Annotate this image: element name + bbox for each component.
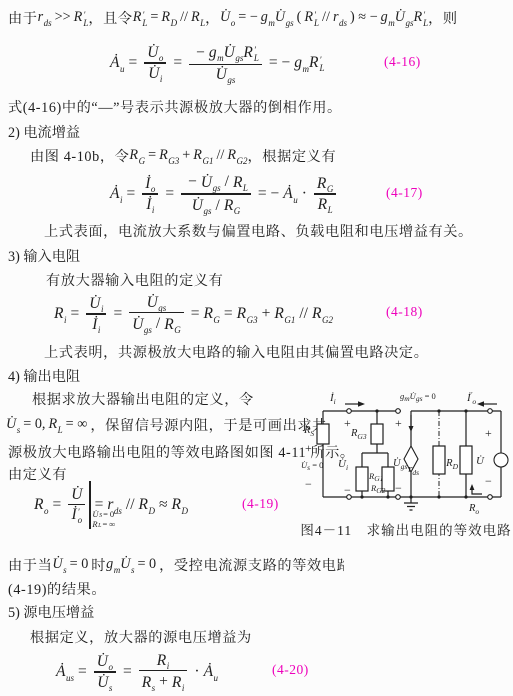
- math-var: Ȧu: [283, 186, 297, 202]
- math-var: İ′o: [71, 507, 82, 523]
- plus-sign-source: +: [305, 441, 312, 455]
- text-run: 由图 4-10b，令: [30, 146, 129, 166]
- math-var: Ri: [157, 653, 169, 669]
- math-var: RG2: [312, 306, 333, 322]
- equation-number-4-16: (4-16): [384, 54, 421, 70]
- math-operator: =: [78, 663, 87, 681]
- test-voltage-source: [494, 453, 508, 467]
- label-rd: RD: [445, 458, 458, 471]
- resistor-rg3: [371, 424, 383, 444]
- math-var: U̇gs: [132, 317, 152, 333]
- math-operator: =: [123, 663, 132, 681]
- math-var: R′L: [243, 45, 258, 61]
- math-operator: =: [128, 54, 137, 72]
- math-operator: =: [113, 305, 122, 323]
- math-operator: = 0: [70, 556, 89, 573]
- math-operator: =: [70, 305, 79, 323]
- math-operator: =: [150, 9, 158, 26]
- math-operator: = −: [269, 54, 290, 72]
- math-var: U̇s: [97, 675, 112, 691]
- math-var: RG: [203, 306, 219, 322]
- text-run: 根据求放大器输出电阻的定义，令: [32, 389, 254, 409]
- body-line-input-note: 上式表明，共源极放大电路的输入电阻由其偏置电路决定。: [44, 341, 428, 362]
- math-var: RG3: [237, 306, 258, 322]
- math-var: U̇s: [52, 557, 66, 571]
- math-var: Ri: [54, 306, 66, 322]
- resistor-rg1: [356, 467, 368, 491]
- math-operator: ·: [194, 663, 199, 681]
- math-operator: = −: [238, 9, 258, 26]
- section-heading-output-resistance: 4) 输出电阻: [8, 365, 80, 386]
- math-var: RG3: [159, 148, 179, 162]
- math-var: U̇gs: [395, 10, 414, 24]
- math-operator: −: [196, 44, 205, 62]
- evaluated-at-conditions: U̇S=0RL=∞: [89, 481, 90, 529]
- resistor-rds: [433, 446, 445, 474]
- math-var: U̇i: [148, 66, 162, 82]
- math-var: Rs: [142, 675, 155, 691]
- label-ro: Ro: [468, 503, 479, 516]
- math-var: RG: [164, 317, 180, 333]
- text-run: 上式表明，共源极放大电路的输入电阻由其偏置电路决定。: [44, 342, 428, 362]
- math-operator: ≈: [159, 496, 168, 514]
- math-operator: =: [102, 520, 107, 530]
- plus-sign-input: +: [344, 416, 351, 430]
- paragraph-output-line1: 根据求放大器输出电阻的定义，令: [32, 388, 254, 409]
- fraction: −gmU̇gsR′LU̇gs: [189, 44, 262, 83]
- math-operator: +: [159, 673, 168, 691]
- input-current-arrow: [345, 401, 365, 407]
- paragraph-output-line2: U̇s= 0,RL= ∞，保留信号源内阻，于是可画出求共: [6, 414, 327, 435]
- text-run: 上式表面，电流放大系数与偏置电路、负载电阻和电压增益有关。: [44, 221, 473, 241]
- label-ui: U̇i: [338, 458, 348, 472]
- fraction: −U̇gs/RLU̇gs/RG: [181, 173, 251, 214]
- math-var: R′L: [133, 10, 148, 26]
- text-run: ，则: [428, 8, 458, 28]
- math-var: RD: [139, 497, 155, 513]
- text-run: ，根据定义有: [248, 146, 337, 166]
- equation-number-4-17: (4-17): [386, 185, 423, 201]
- equation-number-4-20: (4-20): [272, 662, 309, 678]
- math-var: RG: [129, 148, 145, 162]
- text-run: 根据定义，放大器的源电压增益为: [30, 627, 252, 647]
- math-var: R′L: [304, 10, 319, 26]
- textbook-page: 由于rds>>R′L，且令R′L=RD//RL，U̇o= −gmU̇gs(R′L…: [0, 0, 513, 696]
- text-run: 由于: [8, 8, 38, 28]
- math-var: Ȧu: [110, 55, 124, 71]
- math-var: U̇gs: [201, 175, 221, 191]
- equation-number-4-18: (4-18): [386, 304, 423, 320]
- text-run: ，且令: [88, 8, 132, 28]
- text-run: 时: [91, 555, 106, 575]
- text-run: ，受控电流源支路的等效电: [159, 555, 336, 575]
- math-var: RG1: [274, 306, 295, 322]
- fraction: RGRL: [314, 176, 336, 212]
- math-operator: −: [188, 173, 197, 191]
- label-rs: RS: [303, 425, 314, 438]
- math-var: RG1: [193, 148, 213, 162]
- equation-4-19: Ro=U̇İ′oU̇S=0RL=∞=rds//RD≈RD: [34, 477, 188, 533]
- math-var: U̇gs: [192, 198, 212, 214]
- equation-4-17: Ȧi=İoİi=−U̇gs/RLU̇gs/RG= −Ȧu·RGRL: [110, 167, 339, 221]
- math-operator: = 0: [137, 556, 156, 573]
- math-var: R′L: [413, 10, 428, 26]
- output-resistance-equivalent-circuit: İi RS + U̇s = 0 − + U̇i − RG3 RG1 RG2 +…: [301, 382, 513, 518]
- output-resistance-arrow: [470, 484, 482, 494]
- label-us-zero: U̇s = 0: [301, 460, 323, 472]
- math-var: RL: [318, 197, 333, 213]
- fraction: U̇İ′o: [68, 487, 85, 524]
- math-operator: >>: [55, 9, 71, 26]
- math-operator: ∞: [109, 520, 115, 530]
- section-heading-input-resistance: 3) 输入电阻: [8, 245, 80, 266]
- label-gm-ugs-zero: gmU̇gs = 0: [400, 391, 436, 403]
- body-line-rg-definition: 由图 4-10b，令RG=RG3+RG1//RG2，根据定义有: [30, 145, 336, 166]
- circuit-figure-4-11: İi RS + U̇s = 0 − + U̇i − RG3 RG1 RG2 +…: [301, 382, 513, 523]
- body-line-current-gain-note: 上式表面，电流放大系数与偏置电路、负载电阻和电压增益有关。: [44, 220, 473, 241]
- label-rg1: RG1: [368, 471, 383, 483]
- text-run: 由于当: [8, 555, 52, 575]
- fraction: U̇gsU̇gs/RG: [129, 295, 184, 334]
- math-operator: =: [126, 185, 135, 203]
- math-operator: =: [148, 147, 156, 164]
- math-operator: ) ≈ −: [350, 9, 378, 26]
- math-operator: //: [180, 9, 188, 26]
- ground-symbol: [404, 497, 418, 510]
- equation-4-16: Ȧu=U̇oU̇i=−gmU̇gsR′LU̇gs= −gmR′L: [110, 36, 324, 90]
- section-heading-current-gain: 2) 电流增益: [8, 121, 80, 142]
- equation-number-4-19: (4-19): [242, 496, 279, 512]
- math-operator: //: [322, 9, 330, 26]
- math-var: RG: [224, 198, 240, 214]
- body-line-source-gain-definition: 根据定义，放大器的源电压增益为: [30, 626, 252, 647]
- math-var: U̇s: [6, 417, 20, 431]
- figure-caption: 图4－11 求输出电阻的等效电路: [299, 519, 513, 539]
- text-run: ，保留信号源内阻，于是可画出求共: [90, 415, 327, 435]
- equation-4-20: Ȧus=U̇oU̇s=RiRs+Ri·Ȧu: [56, 648, 218, 696]
- math-var: RD: [161, 10, 177, 24]
- math-var: RL: [48, 417, 62, 431]
- minus-sign-input: −: [344, 483, 351, 497]
- body-line-result: (4-19)的结果。: [8, 578, 106, 599]
- math-var: RD: [172, 497, 188, 513]
- fraction: U̇iİi: [86, 296, 106, 332]
- evaluation-bar: [89, 481, 90, 529]
- section-heading-source-voltage-gain: 5) 源电压增益: [8, 601, 94, 622]
- label-u-test: U̇: [476, 455, 485, 467]
- math-operator: =: [165, 185, 174, 203]
- math-var: RL: [92, 520, 101, 530]
- fraction: U̇oU̇s: [94, 654, 116, 690]
- math-var: İi: [146, 197, 154, 213]
- math-var: U̇gs: [147, 295, 167, 311]
- math-operator: +: [262, 305, 271, 323]
- plus-sign-ugs: +: [395, 416, 402, 430]
- math-var: U̇: [71, 487, 82, 503]
- label-rg3: RG3: [350, 428, 367, 441]
- math-var: Ȧu: [204, 664, 218, 680]
- minus-sign-output: −: [485, 474, 492, 488]
- equation-4-18: Ri=U̇iİi=U̇gsU̇gs/RG=RG=RG3+RG1//RG2: [54, 287, 333, 341]
- math-var: Ro: [34, 497, 48, 513]
- math-var: RL: [191, 10, 205, 24]
- math-var: R′L: [309, 55, 324, 71]
- math-var: rds: [333, 10, 347, 24]
- math-var: İi: [92, 317, 100, 333]
- math-operator: =: [52, 496, 61, 514]
- text-run: ，: [205, 8, 220, 28]
- math-var: RG: [317, 176, 333, 192]
- math-var: U̇gs: [216, 67, 236, 83]
- fraction: U̇oU̇i: [144, 45, 166, 81]
- math-operator: ·: [302, 185, 307, 203]
- math-var: Ȧi: [110, 186, 122, 202]
- math-var: rds: [38, 10, 52, 24]
- math-operator: = ∞: [66, 416, 88, 433]
- math-var: R′L: [74, 10, 89, 26]
- math-operator: =: [191, 305, 200, 323]
- math-operator: =: [224, 305, 233, 323]
- math-var: U̇o: [97, 654, 113, 670]
- math-var: İo: [145, 176, 155, 192]
- resistor-rd: [460, 446, 472, 474]
- math-var: gm: [294, 55, 309, 71]
- text-run: 路: [337, 555, 344, 575]
- math-operator: //: [126, 496, 135, 514]
- text-run: 式(4-16)中的“—”号表示共源极放大器的倒相作用。: [8, 97, 342, 117]
- math-operator: +: [182, 147, 190, 164]
- math-var: gm: [381, 10, 395, 24]
- math-var: Ri: [172, 675, 184, 691]
- math-var: U̇gs: [224, 45, 244, 61]
- minus-sign-source: −: [305, 477, 312, 491]
- math-var: gm: [106, 557, 120, 571]
- body-line-inversion-note: 式(4-16)中的“—”号表示共源极放大器的倒相作用。: [8, 96, 342, 117]
- fraction: İoİi: [142, 176, 158, 212]
- minus-sign-ugs: −: [395, 481, 402, 495]
- body-line-controlled-source: 由于当U̇s= 0时gmU̇s= 0，受控电流源支路的等效电路: [8, 554, 513, 575]
- math-var: gm: [209, 45, 224, 61]
- math-operator: =: [173, 54, 182, 72]
- body-line-intro: 由于rds>>R′L，且令R′L=RD//RL，U̇o= −gmU̇gs(R′L…: [8, 7, 458, 28]
- math-var: RL: [233, 175, 248, 191]
- math-var: gm: [261, 10, 275, 24]
- math-var: Ȧus: [56, 664, 74, 680]
- math-operator: = −: [258, 185, 279, 203]
- math-operator: //: [299, 305, 308, 323]
- math-var: U̇o: [220, 10, 235, 24]
- label-output-current: İ′o: [466, 390, 476, 406]
- math-operator: //: [216, 147, 224, 164]
- fraction: RiRs+Ri: [139, 653, 188, 692]
- math-var: U̇gs: [275, 10, 294, 24]
- plus-sign-output: +: [485, 426, 492, 440]
- math-var: U̇s: [120, 557, 134, 571]
- math-operator: (: [297, 9, 302, 26]
- output-current-arrow: [477, 401, 497, 407]
- text-run: (4-19)的结果。: [8, 579, 106, 599]
- label-input-current: İi: [329, 392, 336, 406]
- math-operator: /: [225, 173, 229, 191]
- math-operator: = 0,: [23, 416, 45, 433]
- math-var: RG2: [227, 148, 247, 162]
- resistor-rs: [317, 424, 329, 444]
- math-var: U̇i: [89, 296, 103, 312]
- math-operator: /: [216, 197, 220, 215]
- math-var: U̇o: [147, 45, 163, 61]
- math-operator: /: [156, 315, 160, 333]
